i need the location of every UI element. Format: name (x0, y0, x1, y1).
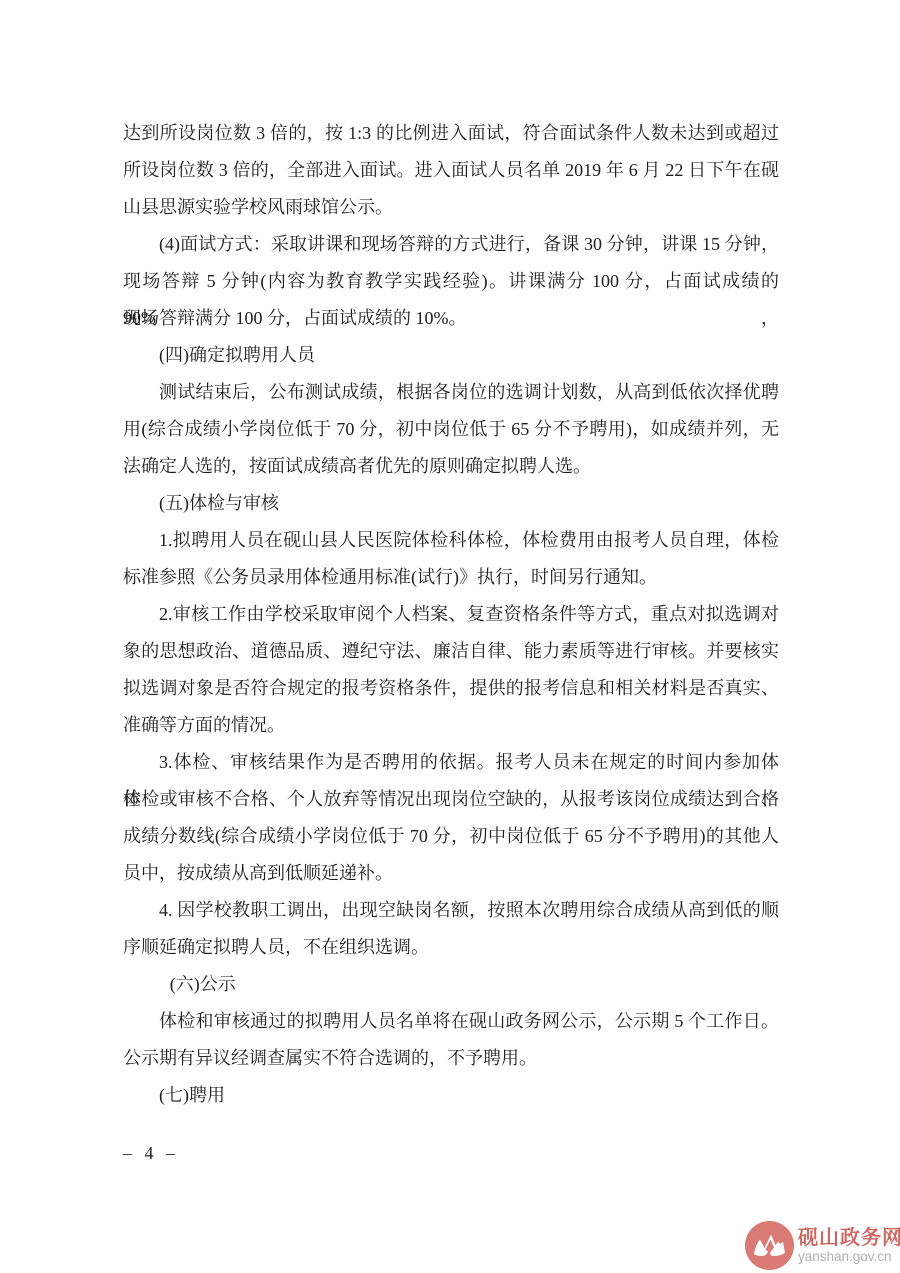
text-line: 成绩分数线(综合成绩小学岗位低于 70 分，初中岗位低于 65 分不予聘用)的其… (123, 818, 779, 855)
text-line: 所设岗位数 3 倍的，全部进入面试。进入面试人员名单 2019 年 6 月 22… (123, 152, 779, 189)
paragraph: 体检和审核通过的拟聘用人员名单将在砚山政务网公示，公示期 5 个工作日。公示期有… (123, 1003, 779, 1077)
section-heading: (六)公示 (123, 966, 779, 1003)
paragraph: 3.体检、审核结果作为是否聘用的依据。报考人员未在规定的时间内参加体检、体检或审… (123, 744, 779, 892)
paragraph: 达到所设岗位数 3 倍的，按 1:3 的比例进入面试，符合面试条件人数未达到或超… (123, 115, 779, 226)
section-heading: (四)确定拟聘用人员 (123, 337, 779, 374)
text-line: (4)面试方式：采取讲课和现场答辩的方式进行，备课 30 分钟，讲课 15 分钟… (123, 226, 779, 263)
paragraph: (4)面试方式：采取讲课和现场答辩的方式进行，备课 30 分钟，讲课 15 分钟… (123, 226, 779, 337)
section-heading: (五)体检与审核 (123, 485, 779, 522)
section-heading: (七)聘用 (123, 1077, 779, 1114)
text-line: 2.审核工作由学校采取审阅个人档案、复查资格条件等方式，重点对拟选调对 (123, 596, 779, 633)
text-line: 测试结束后，公布测试成绩，根据各岗位的选调计划数，从高到低依次择优聘 (123, 374, 779, 411)
text-line: 现场答辩 5 分钟(内容为教育教学实践经验)。讲课满分 100 分，占面试成绩的… (123, 263, 779, 300)
text-line: 4. 因学校教职工调出，出现空缺岗名额，按照本次聘用综合成绩从高到低的顺 (123, 892, 779, 929)
logo-title: 砚山政务网 (798, 1228, 900, 1248)
text-line: 准确等方面的情况。 (123, 707, 779, 744)
text-line: 序顺延确定拟聘人员，不在组织选调。 (123, 929, 779, 966)
yanshan-logo-icon (745, 1221, 794, 1270)
text-line: 达到所设岗位数 3 倍的，按 1:3 的比例进入面试，符合面试条件人数未达到或超… (123, 115, 779, 152)
document-page: 达到所设岗位数 3 倍的，按 1:3 的比例进入面试，符合面试条件人数未达到或超… (0, 0, 900, 1273)
paragraph: 4. 因学校教职工调出，出现空缺岗名额，按照本次聘用综合成绩从高到低的顺序顺延确… (123, 892, 779, 966)
text-line: 用(综合成绩小学岗位低于 70 分，初中岗位低于 65 分不予聘用)，如成绩并列… (123, 411, 779, 448)
text-line: 山县思源实验学校风雨球馆公示。 (123, 189, 779, 226)
text-line: 体检和审核通过的拟聘用人员名单将在砚山政务网公示，公示期 5 个工作日。 (123, 1003, 779, 1040)
text-line: 体检或审核不合格、个人放弃等情况出现岗位空缺的，从报考该岗位成绩达到合格 (123, 781, 779, 818)
site-logo: 砚山政务网 yanshan.gov.cn (745, 1221, 900, 1270)
text-line: (七)聘用 (123, 1077, 779, 1114)
document-body: 达到所设岗位数 3 倍的，按 1:3 的比例进入面试，符合面试条件人数未达到或超… (123, 115, 779, 1114)
text-line: (五)体检与审核 (123, 485, 779, 522)
paragraph: 测试结束后，公布测试成绩，根据各岗位的选调计划数，从高到低依次择优聘用(综合成绩… (123, 374, 779, 485)
text-line: 象的思想政治、道德品质、遵纪守法、廉洁自律、能力素质等进行审核。并要核实 (123, 633, 779, 670)
text-line: 3.体检、审核结果作为是否聘用的依据。报考人员未在规定的时间内参加体检、 (123, 744, 779, 781)
logo-url: yanshan.gov.cn (798, 1250, 900, 1264)
text-line: 公示期有异议经调查属实不符合选调的，不予聘用。 (123, 1040, 779, 1077)
logo-text-block: 砚山政务网 yanshan.gov.cn (798, 1228, 900, 1264)
text-line: (六)公示 (123, 966, 779, 1003)
text-line: 标准参照《公务员录用体检通用标准(试行)》执行，时间另行通知。 (123, 559, 779, 596)
paragraph: 2.审核工作由学校采取审阅个人档案、复查资格条件等方式，重点对拟选调对象的思想政… (123, 596, 779, 744)
text-line: 法确定人选的，按面试成绩高者优先的原则确定拟聘人选。 (123, 448, 779, 485)
text-line: (四)确定拟聘用人员 (123, 337, 779, 374)
text-line: 1.拟聘用人员在砚山县人民医院体检科体检，体检费用由报考人员自理，体检 (123, 522, 779, 559)
paragraph: 1.拟聘用人员在砚山县人民医院体检科体检，体检费用由报考人员自理，体检标准参照《… (123, 522, 779, 596)
text-line: 拟选调对象是否符合规定的报考资格条件，提供的报考信息和相关材料是否真实、 (123, 670, 779, 707)
page-number: – 4 – (123, 1143, 179, 1164)
text-line: 员中，按成绩从高到低顺延递补。 (123, 855, 779, 892)
